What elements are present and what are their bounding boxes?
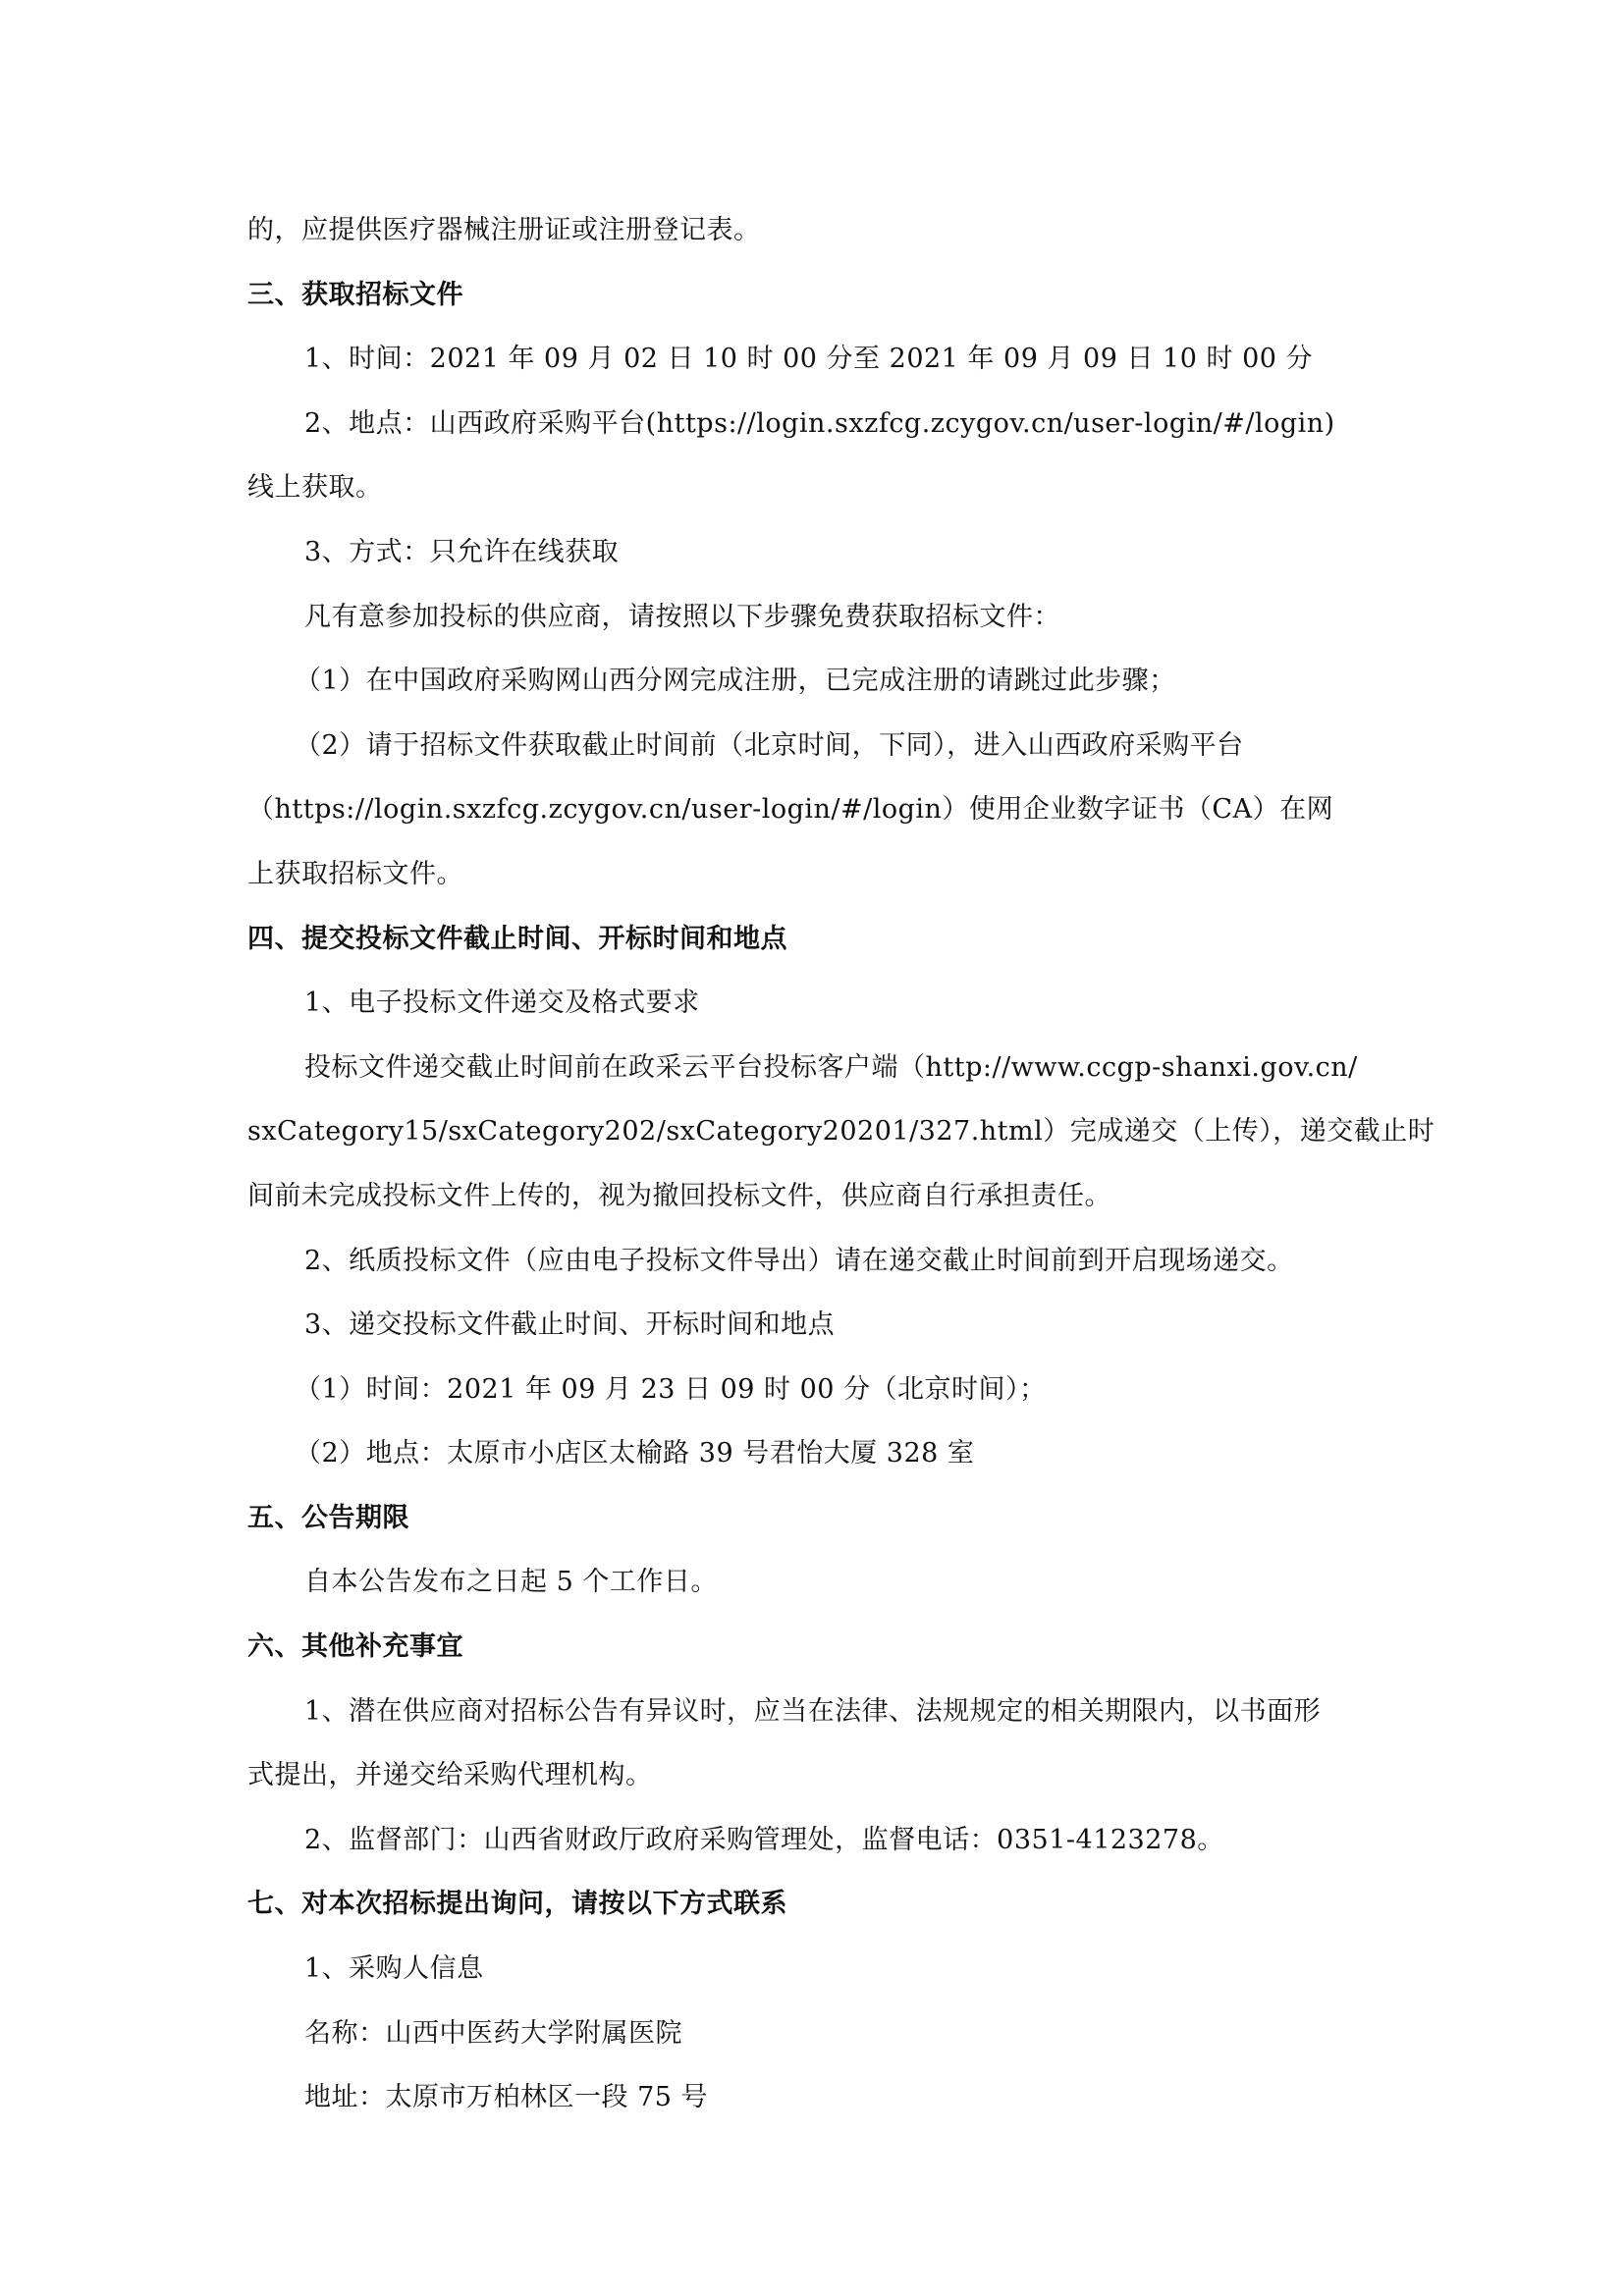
other-matters-1: 1、潜在供应商对招标公告有异议时，应当在法律、法规规定的相关期限内，以书面形: [247, 1687, 1386, 1752]
obtain-method: 3、方式：只允许在线获取: [247, 528, 1386, 593]
obtain-step-2-cont: （https://login.sxzfcg.zcygov.cn/user-log…: [247, 785, 1386, 850]
submission-location: （2）地点：太原市小店区太榆路 39 号君怡大厦 328 室: [247, 1429, 1386, 1494]
section-heading-submission: 四、提交投标文件截止时间、开标时间和地点: [247, 915, 1386, 980]
obtain-steps-intro: 凡有意参加投标的供应商，请按照以下步骤免费获取招标文件：: [247, 593, 1386, 658]
document-page: 的，应提供医疗器械注册证或注册登记表。 三、获取招标文件 1、时间：2021 年…: [247, 206, 1386, 2138]
body-text-line: 的，应提供医疗器械注册证或注册登记表。: [247, 206, 1386, 271]
obtain-time: 1、时间：2021 年 09 月 02 日 10 时 00 分至 2021 年 …: [247, 335, 1386, 400]
obtain-step-1: （1）在中国政府采购网山西分网完成注册，已完成注册的请跳过此步骤；: [247, 657, 1386, 721]
submission-electronic-text: 投标文件递交截止时间前在政采云平台投标客户端（http://www.ccgp-s…: [247, 1043, 1386, 1108]
obtain-location-cont: 线上获取。: [247, 463, 1386, 528]
obtain-step-2-cont2: 上获取招标文件。: [247, 850, 1386, 915]
section-heading-contact: 七、对本次招标提出询问，请按以下方式联系: [247, 1880, 1386, 1945]
contact-purchaser-address: 地址：太原市万柏林区一段 75 号: [247, 2073, 1386, 2138]
submission-paper: 2、纸质投标文件（应由电子投标文件导出）请在递交截止时间前到开启现场递交。: [247, 1237, 1386, 1302]
submission-deadline-time: （1）时间：2021 年 09 月 23 日 09 时 00 分（北京时间）；: [247, 1365, 1386, 1430]
submission-electronic-text-cont: sxCategory15/sxCategory202/sxCategory202…: [247, 1107, 1386, 1172]
notice-period-text: 自本公告发布之日起 5 个工作日。: [247, 1558, 1386, 1623]
submission-electronic-text-cont2: 间前未完成投标文件上传的，视为撤回投标文件，供应商自行承担责任。: [247, 1172, 1386, 1237]
section-heading-notice-period: 五、公告期限: [247, 1494, 1386, 1559]
submission-electronic-title: 1、电子投标文件递交及格式要求: [247, 979, 1386, 1043]
obtain-location: 2、地点：山西政府采购平台(https://login.sxzfcg.zcygo…: [247, 400, 1386, 464]
other-matters-2: 2、监督部门：山西省财政厅政府采购管理处，监督电话：0351-4123278。: [247, 1816, 1386, 1881]
contact-purchaser-name: 名称：山西中医药大学附属医院: [247, 2009, 1386, 2074]
other-matters-1-cont: 式提出，并递交给采购代理机构。: [247, 1751, 1386, 1816]
obtain-step-2: （2）请于招标文件获取截止时间前（北京时间，下同），进入山西政府采购平台: [247, 721, 1386, 786]
contact-purchaser-title: 1、采购人信息: [247, 1945, 1386, 2009]
submission-deadline-title: 3、递交投标文件截止时间、开标时间和地点: [247, 1301, 1386, 1365]
section-heading-other-matters: 六、其他补充事宜: [247, 1623, 1386, 1687]
section-heading-obtain-documents: 三、获取招标文件: [247, 271, 1386, 336]
